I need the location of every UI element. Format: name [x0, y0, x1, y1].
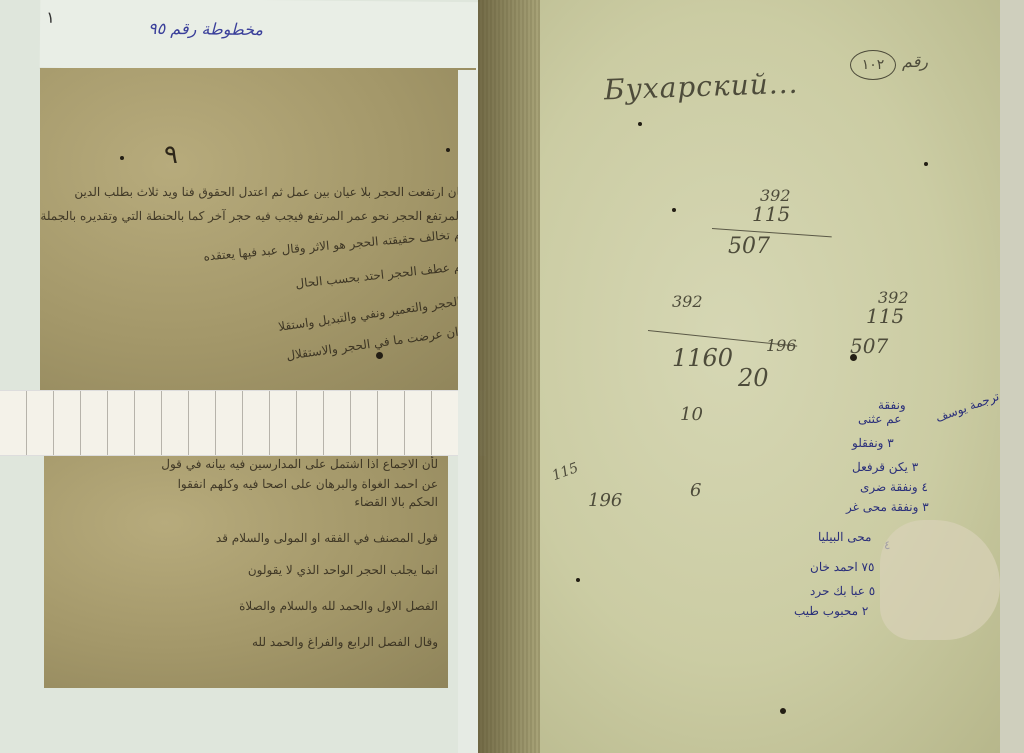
manuscript-line: بالمرتفع الحجر نحو عمر المرتفع فيجب فيه … — [46, 210, 466, 222]
cyrillic-title: Бухарский... — [603, 67, 798, 107]
background-edge — [1000, 0, 1024, 753]
catalog-number: ١٠٢ — [850, 50, 896, 80]
left-folio-top: ٩ فان ارتفعت الحجر بلا عيان بين عمل ثم ا… — [40, 68, 476, 394]
manuscript-line: الفصل الاول والحمد لله والسلام والصلاة — [50, 600, 438, 612]
folio-number: ٩ — [164, 140, 178, 170]
blue-ink-note: مخطوطة رقم ٩٥ — [148, 19, 263, 39]
top-label-paper: ١ مخطوطة رقم ٩٥ — [40, 0, 481, 73]
manuscript-line: انما يجلب الحجر الواحد الذي لا يقولون — [50, 564, 438, 576]
manuscript-line: قول المصنف في الفقه او المولى والسلام قد — [50, 532, 438, 544]
catalog-prefix: رقم — [902, 52, 928, 71]
manuscript-line: لأن الاجماع اذا اشتمل على المدارسين فيه … — [50, 458, 438, 470]
left-folio-bottom: لأن الاجماع اذا اشتمل على المدارسين فيه … — [44, 452, 448, 688]
manuscript-line: الحكم بالا القضاء — [224, 496, 438, 508]
paper-strip — [0, 390, 486, 456]
manuscript-line: عن احمد الغواة والبرهان على اصحا فيه وكل… — [50, 478, 438, 490]
margin-note: ترجمة يوسف — [934, 389, 1001, 425]
manuscript-line: وقال الفصل الرابع والفراغ والحمد لله — [50, 636, 438, 648]
corner-mark: ١ — [46, 8, 55, 27]
right-folio: Бухарский... ١٠٢ رقم 392 115 507 392 115… — [540, 0, 1010, 753]
manuscript-line: فان ارتفعت الحجر بلا عيان بين عمل ثم اعت… — [46, 186, 466, 198]
mount-edge — [458, 70, 478, 753]
